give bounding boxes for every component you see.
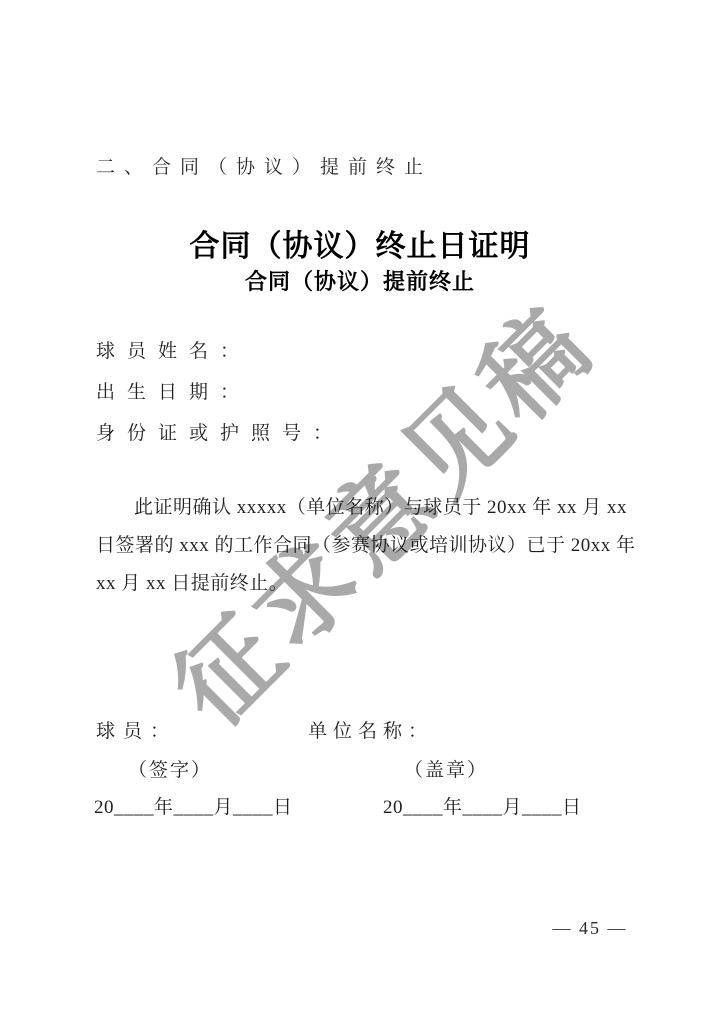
document-subtitle: 合同（协议）提前终止 [0,265,720,296]
signature-sign-note: （签字） [128,755,212,782]
field-player-name: 球员姓名： [96,340,344,364]
field-id-or-passport: 身份证或护照号： [96,422,344,446]
document-page: 征求意见稿 二、合同（协议）提前终止 合同（协议）终止日证明 合同（协议）提前终… [0,0,720,1018]
paragraph-line-3: xx 月 xx 日提前终止。 [96,565,656,603]
certificate-body-paragraph: 此证明确认 xxxxx（单位名称）与球员于 20xx 年 xx 月 xx 日签署… [96,489,656,603]
player-info-fields: 球员姓名： 出生日期： 身份证或护照号： [96,340,344,463]
signature-seal-note: （盖章） [404,755,488,782]
paragraph-line-2: 日签署的 xxx 的工作合同（参赛协议或培训协议）已于 20xx 年 [96,527,656,565]
signature-date-right: 20____年____月____日 [383,792,582,819]
page-number: — 45 — [540,918,640,939]
signature-organization-label: 单位名称： [308,716,433,743]
paragraph-line-1: 此证明确认 xxxxx（单位名称）与球员于 20xx 年 xx 月 xx [96,489,656,527]
document-title: 合同（协议）终止日证明 [0,221,720,265]
section-heading: 二、合同（协议）提前终止 [96,152,432,179]
signature-player-label: 球员： [96,716,177,743]
document-content: 二、合同（协议）提前终止 合同（协议）终止日证明 合同（协议）提前终止 球员姓名… [0,0,720,1018]
signature-date-left: 20____年____月____日 [94,792,293,819]
field-birth-date: 出生日期： [96,381,344,405]
